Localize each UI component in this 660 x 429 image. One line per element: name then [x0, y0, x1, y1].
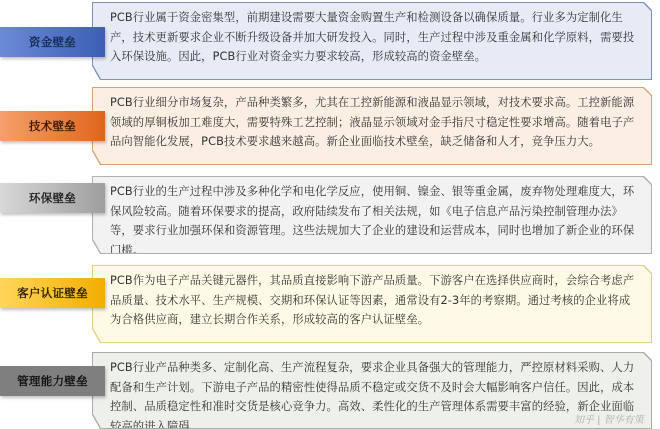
- technology-barrier-label: 技术壁垒: [0, 111, 105, 141]
- environmental-barrier-title: 环保壁垒: [29, 190, 76, 206]
- management-barrier-title: 管理能力壁垒: [17, 373, 88, 389]
- management-barrier-label: 管理能力壁垒: [0, 366, 105, 396]
- environmental-description-box: PCB行业的生产过程中涉及多种化学和电化学反应，使用铜、镍金、银等重金属，废弃物…: [92, 176, 652, 254]
- capital-description: PCB行业属于资金密集型，前期建设需要大量资金购置生产和检测设备以确保质量。行业…: [110, 11, 634, 63]
- environmental-barrier-label: 环保壁垒: [0, 183, 105, 213]
- customer-description: PCB作为电子产品关键元器件，其品质直接影响下游产品质量。下游客户在选择供应商时…: [110, 274, 634, 326]
- technology-barrier-title: 技术壁垒: [29, 118, 76, 134]
- capital-barrier-title: 资金壁垒: [29, 34, 76, 50]
- environmental-description: PCB行业的生产过程中涉及多种化学和电化学反应，使用铜、镍金、银等重金属，废弃物…: [110, 185, 634, 257]
- customer-barrier-label: 客户认证壁垒: [0, 278, 105, 308]
- technology-description: PCB行业细分市场复杂，产品种类繁多，尤其在工控新能源和液晶显示领域，对技术要求…: [110, 96, 634, 148]
- management-description: PCB行业产品种类多、定制化高、生产流程复杂，要求企业具备强大的管理能力，严控原…: [110, 361, 634, 429]
- technology-description-box: PCB行业细分市场复杂，产品种类繁多，尤其在工控新能源和液晶显示领域，对技术要求…: [92, 87, 652, 165]
- capital-description-box: PCB行业属于资金密集型，前期建设需要大量资金购置生产和检测设备以确保质量。行业…: [92, 2, 652, 80]
- watermark: 知乎 | 智华有策: [574, 411, 644, 426]
- customer-barrier-title: 客户认证壁垒: [17, 285, 88, 301]
- management-description-box: PCB行业产品种类多、定制化高、生产流程复杂，要求企业具备强大的管理能力，严控原…: [92, 352, 652, 429]
- customer-description-box: PCB作为电子产品关键元器件，其品质直接影响下游产品质量。下游客户在选择供应商时…: [92, 265, 652, 343]
- capital-barrier-label: 资金壁垒: [0, 27, 105, 57]
